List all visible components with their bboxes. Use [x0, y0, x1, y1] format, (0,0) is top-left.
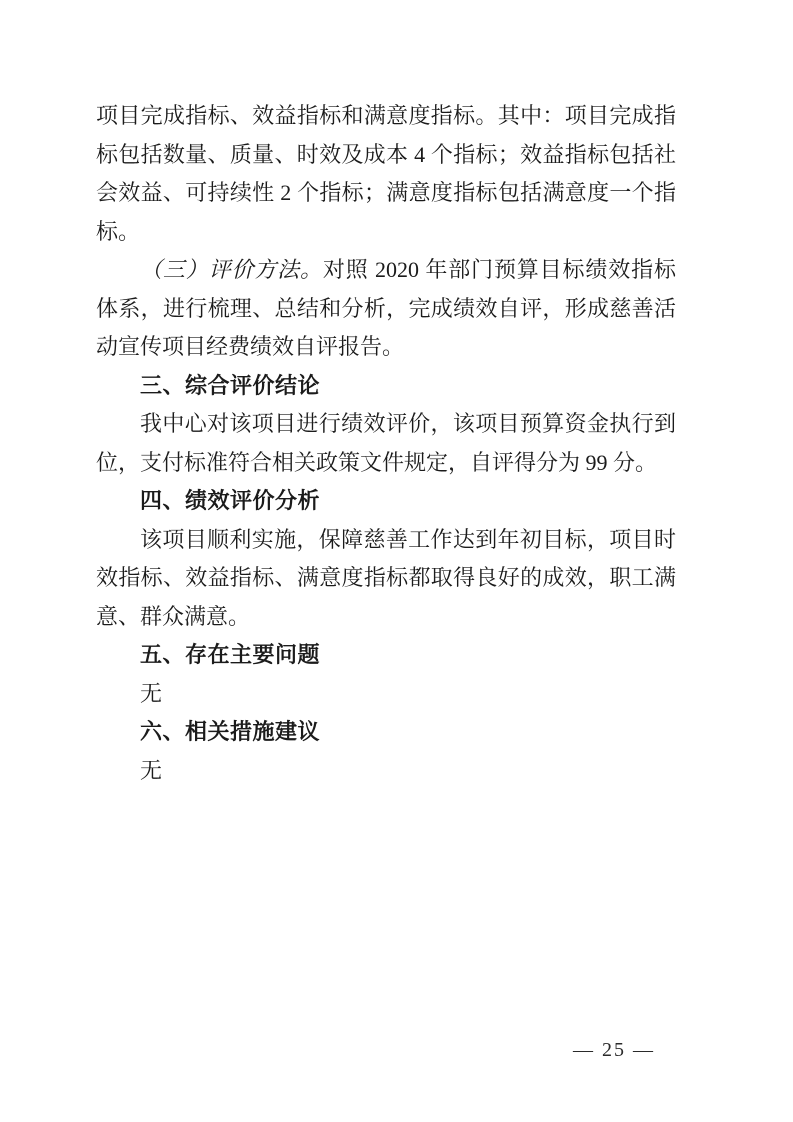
section-heading-problems: 五、存在主要问题: [96, 636, 676, 675]
document-page: 项目完成指标、效益指标和满意度指标。其中：项目完成指标包括数量、质量、时效及成本…: [0, 0, 793, 1122]
carryover-paragraph: 项目完成指标、效益指标和满意度指标。其中：项目完成指标包括数量、质量、时效及成本…: [96, 97, 676, 251]
section-heading-suggestions: 六、相关措施建议: [96, 713, 676, 752]
method-paragraph-lead: （三）评价方法。: [140, 257, 323, 282]
section-heading-analysis: 四、绩效评价分析: [96, 482, 676, 521]
section-body-analysis: 该项目顺利实施，保障慈善工作达到年初目标，项目时效指标、效益指标、满意度指标都取…: [96, 521, 676, 637]
document-body: 项目完成指标、效益指标和满意度指标。其中：项目完成指标包括数量、质量、时效及成本…: [96, 97, 676, 790]
section-body-problems: 无: [96, 675, 676, 714]
section-heading-conclusion: 三、综合评价结论: [96, 367, 676, 406]
section-body-suggestions: 无: [96, 752, 676, 791]
method-paragraph: （三）评价方法。对照 2020 年部门预算目标绩效指标体系，进行梳理、总结和分析…: [96, 251, 676, 367]
section-body-conclusion: 我中心对该项目进行绩效评价，该项目预算资金执行到位，支付标准符合相关政策文件规定…: [96, 405, 676, 482]
page-number: — 25 —: [573, 1039, 655, 1062]
